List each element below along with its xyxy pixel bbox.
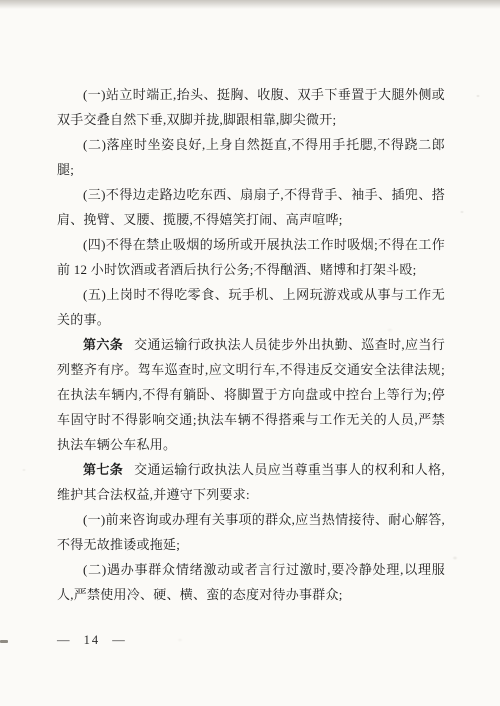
scan-artifact xyxy=(0,640,8,643)
paragraph-text: 交通运输行政执法人员徒步外出执勤、巡查时,应当行列整齐有序。驾车巡查时,应文明行… xyxy=(57,337,445,452)
document-page: (一)站立时端正,抬头、挺胸、收腹、双手下垂置于大腿外侧或双手交叠自然下垂,双脚… xyxy=(0,0,500,706)
paragraph: (三)不得边走路边吃东西、扇扇子,不得背手、袖手、插兜、搭肩、挽臂、叉腰、揽腰,… xyxy=(57,182,445,232)
paragraph-text: (二)遇办事群众情绪激动或者言行过激时,要冷静处理,以理服人,严禁使用冷、硬、横… xyxy=(57,562,445,602)
article-number: 第六条 xyxy=(83,337,123,352)
paragraph: (一)前来咨询或办理有关事项的群众,应当热情接待、耐心解答,不得无故推诿或拖延; xyxy=(57,507,445,557)
paragraph: (五)上岗时不得吃零食、玩手机、上网玩游戏或从事与工作无关的事。 xyxy=(57,282,445,332)
paragraph-text: (三)不得边走路边吃东西、扇扇子,不得背手、袖手、插兜、搭肩、挽臂、叉腰、揽腰,… xyxy=(57,187,445,227)
paragraph: (二)遇办事群众情绪激动或者言行过激时,要冷静处理,以理服人,严禁使用冷、硬、横… xyxy=(57,557,445,607)
paragraph-article-7: 第七条交通运输行政执法人员应当尊重当事人的权利和人格,维护其合法权益,并遵守下列… xyxy=(57,457,445,507)
paragraph: (一)站立时端正,抬头、挺胸、收腹、双手下垂置于大腿外侧或双手交叠自然下垂,双脚… xyxy=(57,82,445,132)
article-number: 第七条 xyxy=(83,462,123,477)
paragraph-text: (五)上岗时不得吃零食、玩手机、上网玩游戏或从事与工作无关的事。 xyxy=(57,287,445,327)
paragraph-text: (一)站立时端正,抬头、挺胸、收腹、双手下垂置于大腿外侧或双手交叠自然下垂,双脚… xyxy=(57,87,445,127)
paragraph: (四)不得在禁止吸烟的场所或开展执法工作时吸烟;不得在工作前 12 小时饮酒或者… xyxy=(57,232,445,282)
paragraph: (二)落座时坐姿良好,上身自然挺直,不得用手托腮,不得跷二郎腿; xyxy=(57,132,445,182)
paragraph-text: (四)不得在禁止吸烟的场所或开展执法工作时吸烟;不得在工作前 12 小时饮酒或者… xyxy=(57,237,445,277)
paragraph-text: (一)前来咨询或办理有关事项的群众,应当热情接待、耐心解答,不得无故推诿或拖延; xyxy=(57,512,445,552)
paragraph-text: (二)落座时坐姿良好,上身自然挺直,不得用手托腮,不得跷二郎腿; xyxy=(57,137,445,177)
document-body: (一)站立时端正,抬头、挺胸、收腹、双手下垂置于大腿外侧或双手交叠自然下垂,双脚… xyxy=(57,82,445,607)
paragraph-article-6: 第六条交通运输行政执法人员徒步外出执勤、巡查时,应当行列整齐有序。驾车巡查时,应… xyxy=(57,332,445,457)
page-number: — 14 — xyxy=(57,628,127,653)
